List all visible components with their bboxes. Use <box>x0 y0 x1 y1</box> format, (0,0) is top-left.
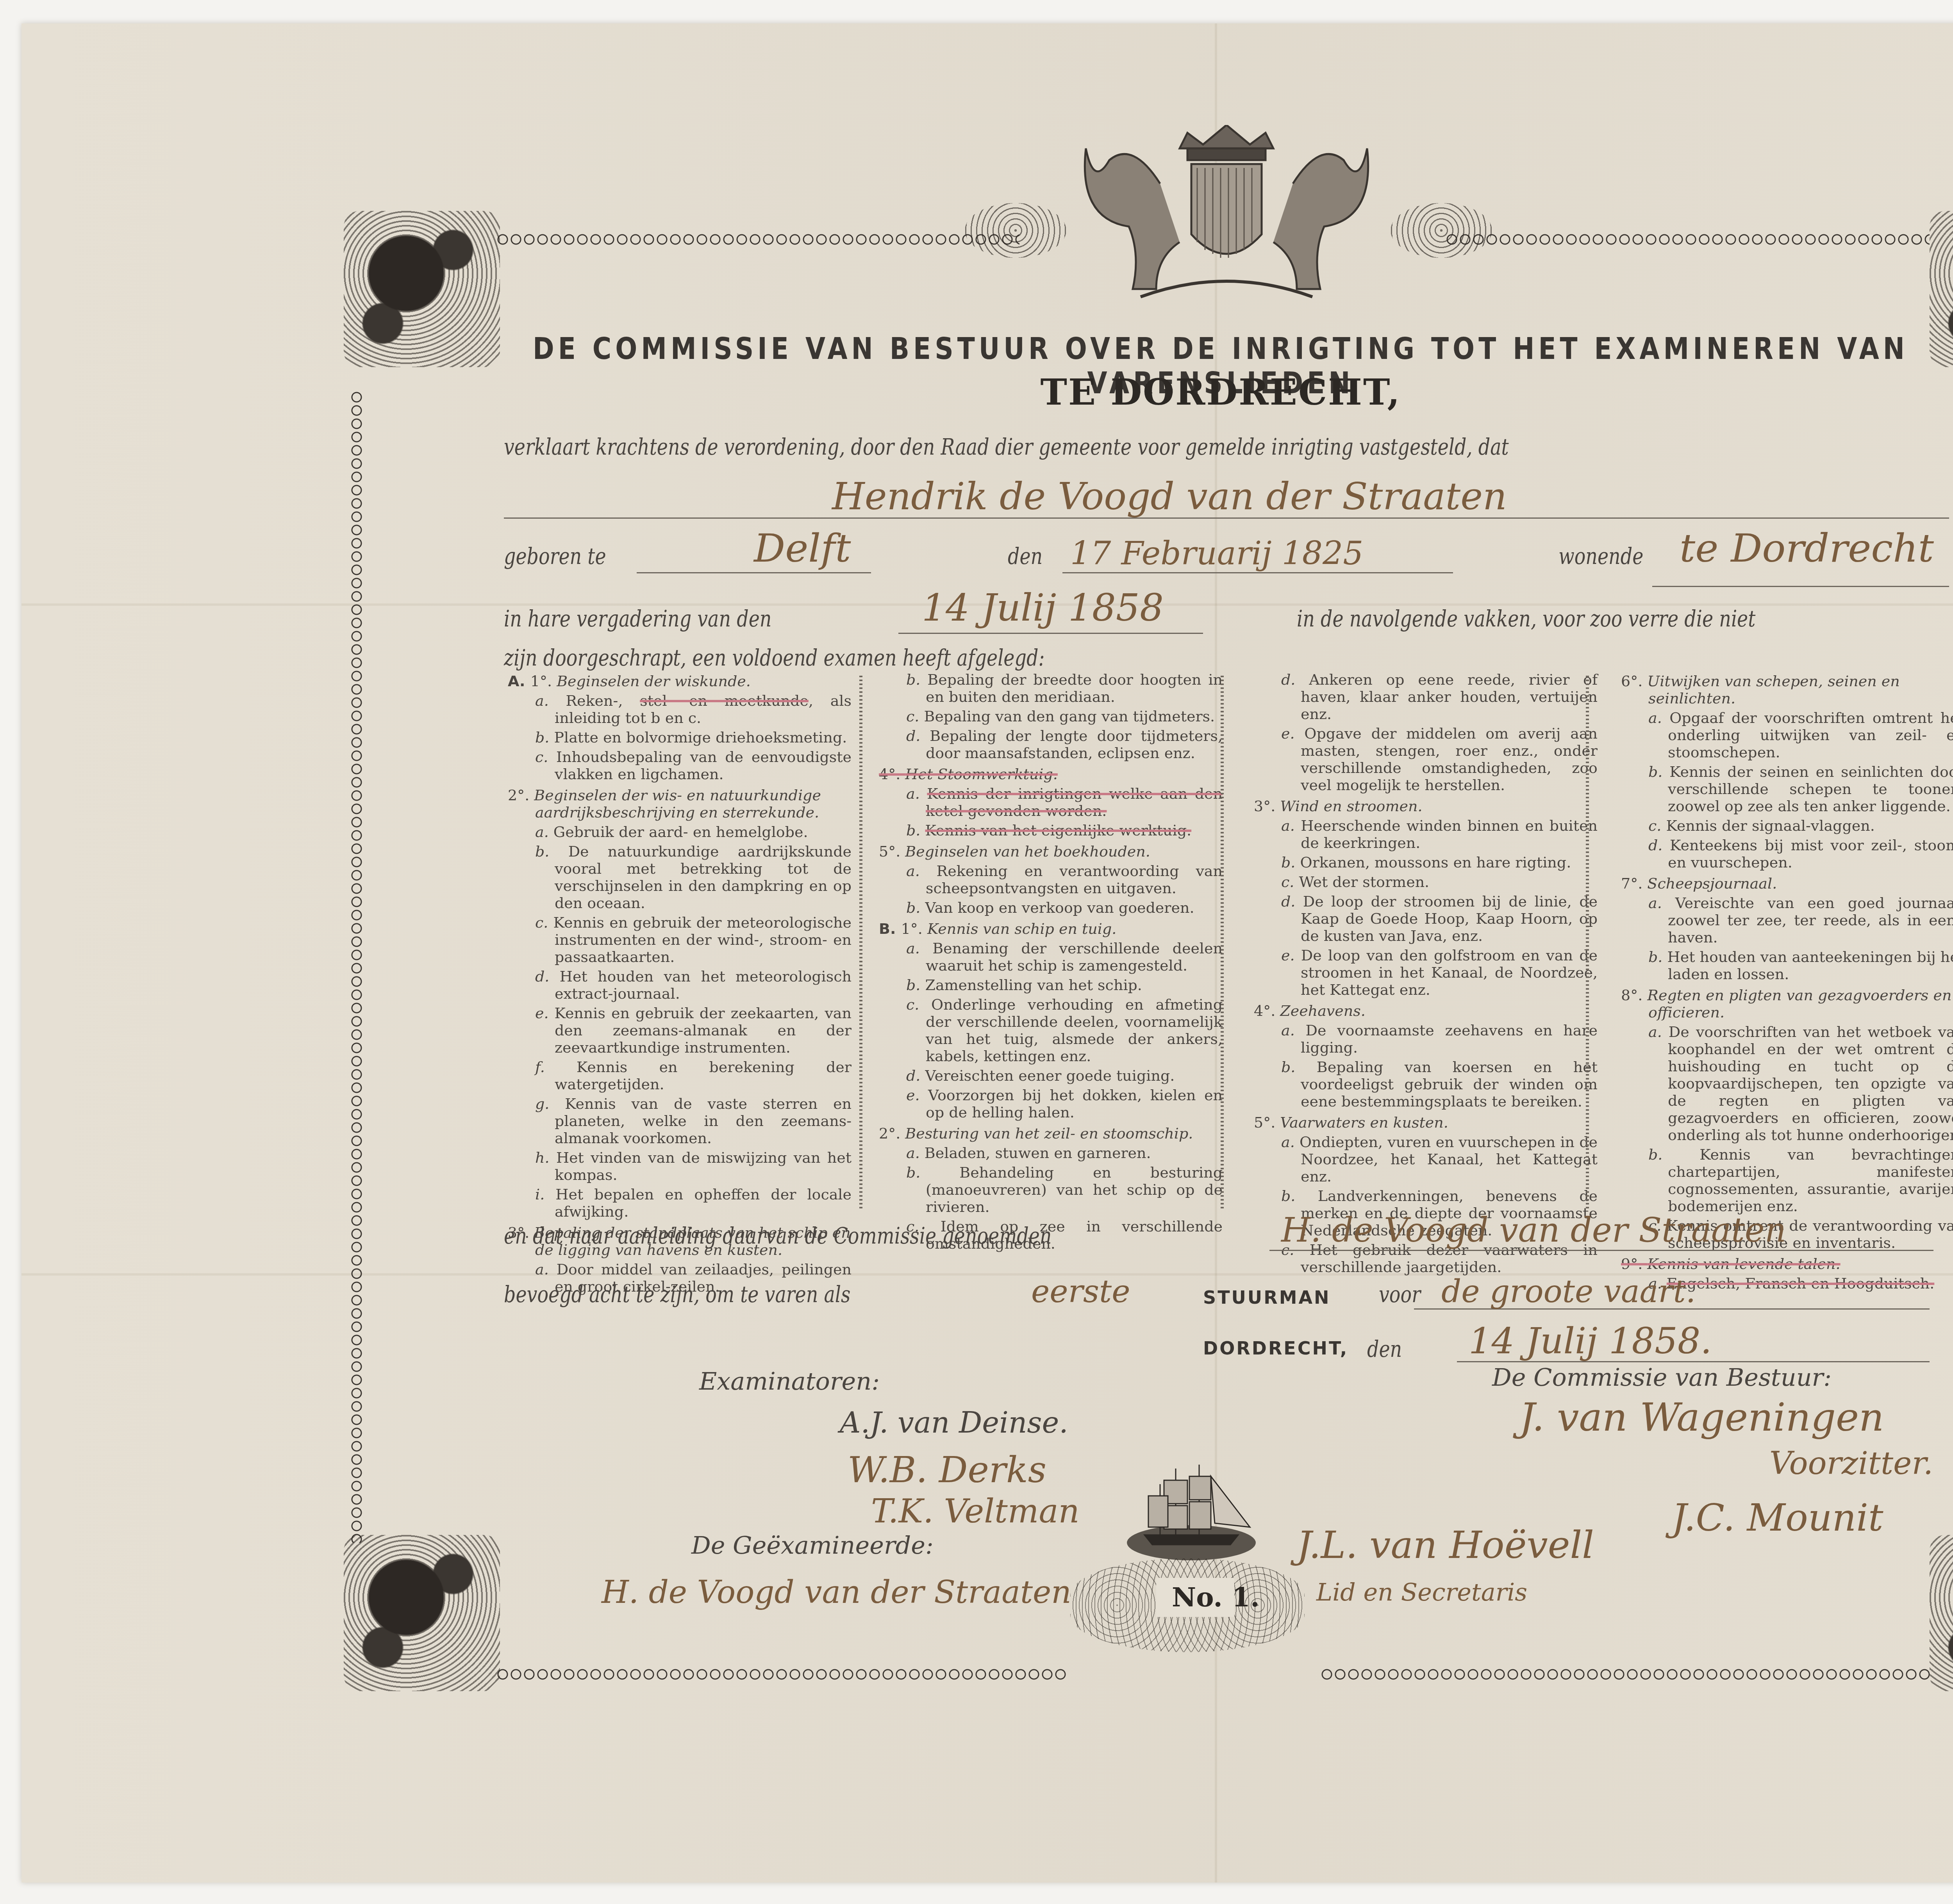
subject-item: b. Behandeling en besturing (manoeuvrere… <box>879 1164 1223 1215</box>
declaration-line-1: verklaart krachtens de verordening, door… <box>504 434 1509 460</box>
item-text: Onderlinge verhouding en afmeting der ve… <box>926 996 1223 1065</box>
item-letter: b. <box>1648 948 1667 965</box>
meeting-date: 14 Julij 1858 <box>922 586 1164 630</box>
border-bottom-right <box>1320 1668 1930 1681</box>
subject-item: d. Vereischten eener goede tuiging. <box>879 1067 1223 1084</box>
section-number: 5°. <box>1254 1114 1280 1131</box>
secretary-role: Lid en Secretaris <box>1316 1578 1527 1606</box>
residence: te Dordrecht <box>1680 525 1934 571</box>
subjects-column-2: b. Bepaling der breedte door hoogten in … <box>879 669 1223 1252</box>
subject-item: a. Kennis der inrigtingen welke aan den … <box>879 785 1223 819</box>
item-text: Orkanen, moussons en hare rigting. <box>1300 854 1571 871</box>
subject-item: c. Kennis der signaal-vlaggen. <box>1621 817 1953 834</box>
subject-item: c. Onderlinge verhouding en afmeting der… <box>879 996 1223 1065</box>
secretary-signature: J.L. van Hoëvell <box>1297 1523 1594 1567</box>
item-letter: a. <box>535 1261 557 1278</box>
subject-item: a. Gebruik der aard- en hemelglobe. <box>508 823 852 840</box>
chairman-role: Voorzitter. <box>1769 1445 1933 1481</box>
item-letter: d. <box>1281 671 1309 688</box>
item-text: Gebruik der aard- en hemelglobe. <box>553 823 808 840</box>
subject-item: e. De loop van den golfstroom en van de … <box>1254 947 1598 998</box>
item-text: Vereischte van een goed journaal, zoowel… <box>1668 894 1953 946</box>
item-letter: c. <box>1648 817 1666 834</box>
item-letter: f. <box>535 1058 577 1076</box>
item-letter: c. <box>535 748 556 766</box>
candidate-name: Hendrik de Voogd van der Straaten <box>832 475 1507 518</box>
item-text: Opgave der middelen om averij aan masten… <box>1301 725 1598 794</box>
section-title: Uitwijken van schepen, seinen en seinlic… <box>1647 673 1899 707</box>
subject-item: b. Kennis der seinen en seinlichten door… <box>1621 763 1953 815</box>
item-text: Engelsch, Fransch en Hoogduitsch. <box>1667 1275 1934 1292</box>
section-number: 8°. <box>1621 987 1647 1004</box>
item-letter: a. <box>906 862 937 880</box>
item-text: Kennis en berekening der watergetijden. <box>555 1058 852 1093</box>
subjects-column-3: d. Ankeren op eene reede, rivier of have… <box>1254 669 1598 1276</box>
subject-item: a. Reken-, stel- en meetkunde, als inlei… <box>508 692 852 726</box>
subject-item: b. Bepaling van koersen en het voordeeli… <box>1254 1058 1598 1110</box>
subjects-column-1: A. 1°. Beginselen der wiskunde.a. Reken-… <box>508 669 852 1295</box>
den-label: den <box>1008 543 1043 569</box>
rank-printed: STUURMAN <box>1203 1287 1331 1308</box>
subject-item: a. Opgaaf der voorschriften omtrent het … <box>1621 709 1953 761</box>
corner-ornament-top-left <box>344 211 500 367</box>
item-text: Kennis van het eigenlijke werktuig. <box>925 822 1191 839</box>
item-letter: a. <box>1648 709 1669 726</box>
item-text: Beladen, stuwen en garneren. <box>925 1144 1151 1162</box>
section-number: 7°. <box>1621 875 1647 892</box>
member-signature: J.C. Mounit <box>1672 1496 1883 1540</box>
item-letter: c. <box>535 914 553 931</box>
item-letter: b. <box>1281 1058 1317 1076</box>
item-letter: e. <box>906 1087 928 1104</box>
subject-section: 5°. Vaarwaters en kusten. <box>1254 1114 1598 1131</box>
item-letter: h. <box>535 1149 556 1166</box>
item-letter: a. <box>1648 894 1675 912</box>
subject-item: b. Platte en bolvormige driehoeksmeting. <box>508 729 852 746</box>
item-text: Inhoudsbepaling van de eenvoudigste vlak… <box>555 748 852 783</box>
subject-item: b. Kennis van het eigenlijke werktuig. <box>879 822 1223 839</box>
item-letter: a. <box>1281 1133 1300 1151</box>
item-text: Wet der stormen. <box>1299 873 1429 890</box>
item-text: De loop der stroomen bij de linie, de Ka… <box>1301 893 1598 944</box>
subject-section: 3°. Wind en stroomen. <box>1254 798 1598 815</box>
item-text: De voornaamste zeehavens en hare ligging… <box>1301 1022 1598 1056</box>
item-letter: d. <box>906 727 930 744</box>
residence-underline <box>1652 586 1949 587</box>
item-letter: c. <box>1281 873 1299 890</box>
subject-section: 7°. Scheepsjournaal. <box>1621 875 1953 892</box>
examiners-label: Examinatoren: <box>699 1367 880 1395</box>
item-text: Kennis van bevrachtingen, chartepartijen… <box>1668 1146 1953 1215</box>
item-letter: d. <box>535 968 560 985</box>
item-letter: b. <box>1281 1187 1318 1204</box>
date-den-label: den <box>1367 1336 1402 1362</box>
item-text: Voorzorgen bij het dokken, kielen en op … <box>926 1087 1223 1121</box>
item-letter: a. <box>906 1144 925 1162</box>
item-letter: b. <box>906 822 925 839</box>
meeting-suffix: in de navolgende vakken, voor zoo verre … <box>1297 605 1755 632</box>
item-letter: d. <box>1281 893 1303 910</box>
section-group-letter: A. <box>508 673 530 690</box>
subject-item: a. Rekening en verantwoording van scheep… <box>879 862 1223 897</box>
born-label: geboren te <box>504 543 606 569</box>
item-text: Ondiepten, vuren en vuurschepen in de No… <box>1300 1133 1598 1185</box>
section-title: Beginselen der wis- en natuurkundige aar… <box>534 787 821 821</box>
item-letter: b. <box>1648 763 1669 780</box>
subject-item: e. Opgave der middelen om averij aan mas… <box>1254 725 1598 794</box>
section-number: 1°. <box>901 920 927 937</box>
item-text: Behandeling en besturing (manoeuvreren) … <box>926 1164 1223 1215</box>
subject-item: c. Wet der stormen. <box>1254 873 1598 890</box>
subject-section: 4°. Het Stoomwerktuig. <box>879 766 1223 783</box>
examiner-signature-1: A.J. van Deinse. <box>840 1406 1068 1440</box>
subject-section: B. 1°. Kennis van schip en tuig. <box>879 920 1223 937</box>
conclusion-line-2: bevoegd acht te zijn, om te varen als <box>504 1281 850 1308</box>
navigation-scope: de groote vaart. <box>1441 1273 1696 1310</box>
item-text: Van koop en verkoop van goederen. <box>925 899 1194 916</box>
item-text: Kennis en gebruik der meteorologische in… <box>553 914 852 965</box>
item-text: Ankeren op eene reede, rivier of haven, … <box>1301 671 1598 723</box>
section-title: Beginselen van het boekhouden. <box>905 843 1150 860</box>
place-printed: DORDRECHT, <box>1203 1338 1348 1359</box>
item-letter: c. <box>906 708 924 725</box>
issue-date: 14 Julij 1858. <box>1469 1320 1712 1362</box>
item-letter: a. <box>1281 817 1301 834</box>
subject-item: d. Ankeren op eene reede, rivier of have… <box>1254 671 1598 723</box>
subject-section: 5°. Beginselen van het boekhouden. <box>879 843 1223 860</box>
section-title: Besturing van het zeil- en stoomschip. <box>905 1125 1193 1142</box>
section-number: 2°. <box>879 1125 905 1142</box>
subject-section: 9°. Kennis van levende talen. <box>1621 1255 1953 1272</box>
item-letter: a. <box>906 785 927 802</box>
item-text: Benaming der verschillende deelen waarui… <box>926 940 1223 974</box>
chairman-signature: J. van Wageningen <box>1519 1394 1884 1440</box>
certificate-number: No. 1. <box>1172 1582 1260 1613</box>
subject-section: 2°. Besturing van het zeil- en stoomschi… <box>879 1125 1223 1142</box>
section-number: 1°. <box>530 673 557 690</box>
section-number: 6°. <box>1621 673 1647 690</box>
subject-item: f. Kennis en berekening der watergetijde… <box>508 1058 852 1093</box>
subject-section: 2°. Beginselen der wis- en natuurkundige… <box>508 787 852 821</box>
meeting-prefix: in hare vergadering van den <box>504 605 771 632</box>
item-text: Kenteekens bij mist voor zeil-, stoom- e… <box>1668 837 1953 871</box>
subject-item: i. Het bepalen en opheffen der locale af… <box>508 1186 852 1220</box>
item-text: Bepaling der breedte door hoogten in en … <box>926 671 1223 705</box>
item-letter: a. <box>1648 1023 1669 1040</box>
item-text: Heerschende winden binnen en buiten de k… <box>1301 817 1598 851</box>
section-title: Scheepsjournaal. <box>1647 875 1777 892</box>
subject-item: a. De voorschriften van het wetboek van … <box>1621 1023 1953 1144</box>
scroll-ornament-right-of-arms <box>1391 203 1492 258</box>
coat-of-arms-icon <box>1062 125 1391 305</box>
column-divider <box>1221 676 1224 1211</box>
section-group-letter: B. <box>879 920 901 937</box>
subject-item: a. Vereischte van een goed journaal, zoo… <box>1621 894 1953 946</box>
item-letter: b. <box>1281 854 1300 871</box>
border-top-right <box>1445 233 1930 246</box>
subject-item: c. Inhoudsbepaling van de eenvoudigste v… <box>508 748 852 783</box>
subject-section: 4°. Zeehavens. <box>1254 1002 1598 1019</box>
subject-item: b. Het houden van aanteekeningen bij het… <box>1621 948 1953 983</box>
section-number: 5°. <box>879 843 905 860</box>
meeting-date-underline <box>898 633 1203 634</box>
item-text: Kennis der seinen en seinlichten door ve… <box>1668 763 1953 815</box>
board-label: De Commissie van Bestuur: <box>1492 1363 1832 1392</box>
subject-item: a. Benaming der verschillende deelen waa… <box>879 940 1223 974</box>
section-title: Zeehavens. <box>1280 1002 1366 1019</box>
item-letter: b. <box>906 1164 959 1181</box>
item-text: Het vinden van de miswijzing van het kom… <box>555 1149 852 1183</box>
scroll-ornament-left-of-arms <box>965 203 1066 258</box>
item-text: Bepaling der lengte door tijdmeters, doo… <box>926 727 1223 762</box>
subject-item: b. Orkanen, moussons en hare rigting. <box>1254 854 1598 871</box>
subject-item: c. Bepaling van den gang van tijdmeters. <box>879 708 1223 725</box>
item-text: Vereischten eener goede tuiging. <box>925 1067 1175 1084</box>
border-left <box>350 391 363 1543</box>
subject-item: h. Het vinden van de miswijzing van het … <box>508 1149 852 1183</box>
subject-item: b. Bepaling der breedte door hoogten in … <box>879 671 1223 705</box>
declaration-last-line: zijn doorgeschrapt, een voldoend examen … <box>504 644 1044 671</box>
border-top-left <box>496 233 1019 246</box>
section-title: Kennis van schip en tuig. <box>927 920 1116 937</box>
item-letter: b. <box>535 843 568 860</box>
subject-section: A. 1°. Beginselen der wiskunde. <box>508 673 852 690</box>
section-title: Regten en pligten van gezagvoerders en o… <box>1647 987 1951 1021</box>
item-text: Rekening en verantwoording van scheepson… <box>926 862 1223 897</box>
voor-label: voor <box>1379 1281 1421 1308</box>
subject-item: a. De voornaamste zeehavens en hare ligg… <box>1254 1022 1598 1056</box>
birthplace-underline <box>637 572 871 573</box>
item-text: Kennis en gebruik der zeekaarten, van de… <box>555 1005 852 1056</box>
subject-item: b. Van koop en verkoop van goederen. <box>879 899 1223 916</box>
subject-item: a. Ondiepten, vuren en vuurschepen in de… <box>1254 1133 1598 1185</box>
column-divider <box>1586 676 1589 1211</box>
conclusion-line-1: en dat naar aanleiding daarvan de Commis… <box>504 1222 1051 1249</box>
item-letter: i. <box>535 1186 555 1203</box>
item-text: Het houden van aanteekeningen bij het la… <box>1667 948 1953 983</box>
corner-ornament-bottom-left <box>344 1535 500 1691</box>
subject-section: 8°. Regten en pligten van gezagvoerders … <box>1621 987 1953 1021</box>
item-letter: a. <box>535 823 553 840</box>
birth-place: Delft <box>754 525 851 571</box>
item-text: Het houden van het meteorologisch extrac… <box>555 968 852 1002</box>
section-number: 9°. <box>1621 1255 1647 1272</box>
section-number: 4°. <box>879 766 905 783</box>
item-letter: g. <box>535 1095 565 1112</box>
subject-item: d. Het houden van het meteorologisch ext… <box>508 968 852 1002</box>
subject-item: a. Beladen, stuwen en garneren. <box>879 1144 1223 1162</box>
item-letter: e. <box>1281 725 1304 742</box>
section-number: 3°. <box>1254 798 1280 815</box>
section-title: Beginselen der wiskunde. <box>557 673 751 690</box>
conclusion-name-underline <box>1269 1250 1933 1251</box>
examiner-signature-3: T.K. Veltman <box>871 1492 1080 1530</box>
subject-item: b. Zamenstelling van het schip. <box>879 976 1223 994</box>
item-letter: b. <box>1648 1146 1700 1163</box>
section-title: Het Stoomwerktuig. <box>905 766 1058 783</box>
subjects-column-4: 6°. Uitwijken van schepen, seinen en sei… <box>1621 669 1953 1292</box>
section-number: 4°. <box>1254 1002 1280 1019</box>
subject-item: c. Kennis en gebruik der meteorologische… <box>508 914 852 965</box>
birth-date: 17 Februarij 1825 <box>1070 535 1363 572</box>
item-letter: a. <box>906 940 932 957</box>
subject-item: d. Kenteekens bij mist voor zeil-, stoom… <box>1621 837 1953 871</box>
item-text: De voorschriften van het wetboek van koo… <box>1668 1023 1953 1144</box>
item-text: Bepaling van den gang van tijdmeters. <box>924 708 1215 725</box>
item-text: Zamenstelling van het schip. <box>925 976 1142 994</box>
item-text: Reken-, <box>566 692 640 709</box>
subject-item: d. De loop der stroomen bij de linie, de… <box>1254 893 1598 944</box>
item-letter: b. <box>906 899 925 916</box>
item-letter: e. <box>535 1005 555 1022</box>
subject-item: b. Kennis van bevrachtingen, charteparti… <box>1621 1146 1953 1215</box>
subject-item: b. De natuurkundige aardrijkskunde voora… <box>508 843 852 912</box>
birthdate-underline <box>1062 572 1453 573</box>
subject-item: e. Kennis en gebruik der zeekaarten, van… <box>508 1005 852 1056</box>
item-text: Opgaaf der voorschriften omtrent het ond… <box>1668 709 1953 761</box>
sailing-ship-icon <box>1125 1461 1258 1562</box>
examinee-signature: H. de Voogd van der Straaten <box>602 1574 1071 1610</box>
column-divider <box>859 676 862 1211</box>
item-text: De loop van den golfstroom en van de str… <box>1301 947 1598 998</box>
subject-item: d. Bepaling der lengte door tijdmeters, … <box>879 727 1223 762</box>
item-letter: d. <box>906 1067 925 1084</box>
item-text: Kennis van de vaste sterren en planeten,… <box>555 1095 852 1147</box>
section-title: Kennis van levende talen. <box>1647 1255 1840 1272</box>
residing-label: wonende <box>1558 543 1643 569</box>
subject-item: g. Kennis van de vaste sterren en planet… <box>508 1095 852 1147</box>
border-bottom-left <box>496 1668 1066 1681</box>
subject-section: 6°. Uitwijken van schepen, seinen en sei… <box>1621 673 1953 707</box>
item-text: Bepaling van koersen en het voordeeligst… <box>1301 1058 1598 1110</box>
section-number: 2°. <box>508 787 534 804</box>
subject-item: a. Heerschende winden binnen en buiten d… <box>1254 817 1598 851</box>
section-title: Wind en stroomen. <box>1280 798 1422 815</box>
item-text: Platte en bolvormige driehoeksmeting. <box>554 729 847 746</box>
subject-item: e. Voorzorgen bij het dokken, kielen en … <box>879 1087 1223 1121</box>
rank-qualifier: eerste <box>1031 1273 1130 1310</box>
item-letter: b. <box>906 976 925 994</box>
item-letter: c. <box>906 996 931 1013</box>
item-letter: b. <box>906 671 927 688</box>
examiner-signature-2: W.B. Derks <box>848 1449 1046 1491</box>
item-text: Kennis der inrigtingen welke aan den ket… <box>926 785 1223 819</box>
corner-ornament-bottom-right <box>1930 1535 1953 1691</box>
item-letter: b. <box>535 729 554 746</box>
item-letter: d. <box>1648 837 1670 854</box>
item-text: Het bepalen en opheffen der locale afwij… <box>555 1186 852 1220</box>
conclusion-name: H. de Voogd van der Straaten <box>1281 1211 1786 1250</box>
item-text: stel- en meetkunde <box>640 692 809 709</box>
certificate-subtitle: TE DORDRECHT, <box>508 371 1933 413</box>
item-text: Kennis der signaal-vlaggen. <box>1666 817 1874 834</box>
examinee-label: De Geëxamineerde: <box>691 1531 934 1560</box>
item-letter: a. <box>1281 1022 1306 1039</box>
item-text: De natuurkundige aardrijkskunde vooral m… <box>555 843 852 912</box>
section-title: Vaarwaters en kusten. <box>1280 1114 1448 1131</box>
item-letter: a. <box>535 692 566 709</box>
item-letter: e. <box>1281 947 1301 964</box>
